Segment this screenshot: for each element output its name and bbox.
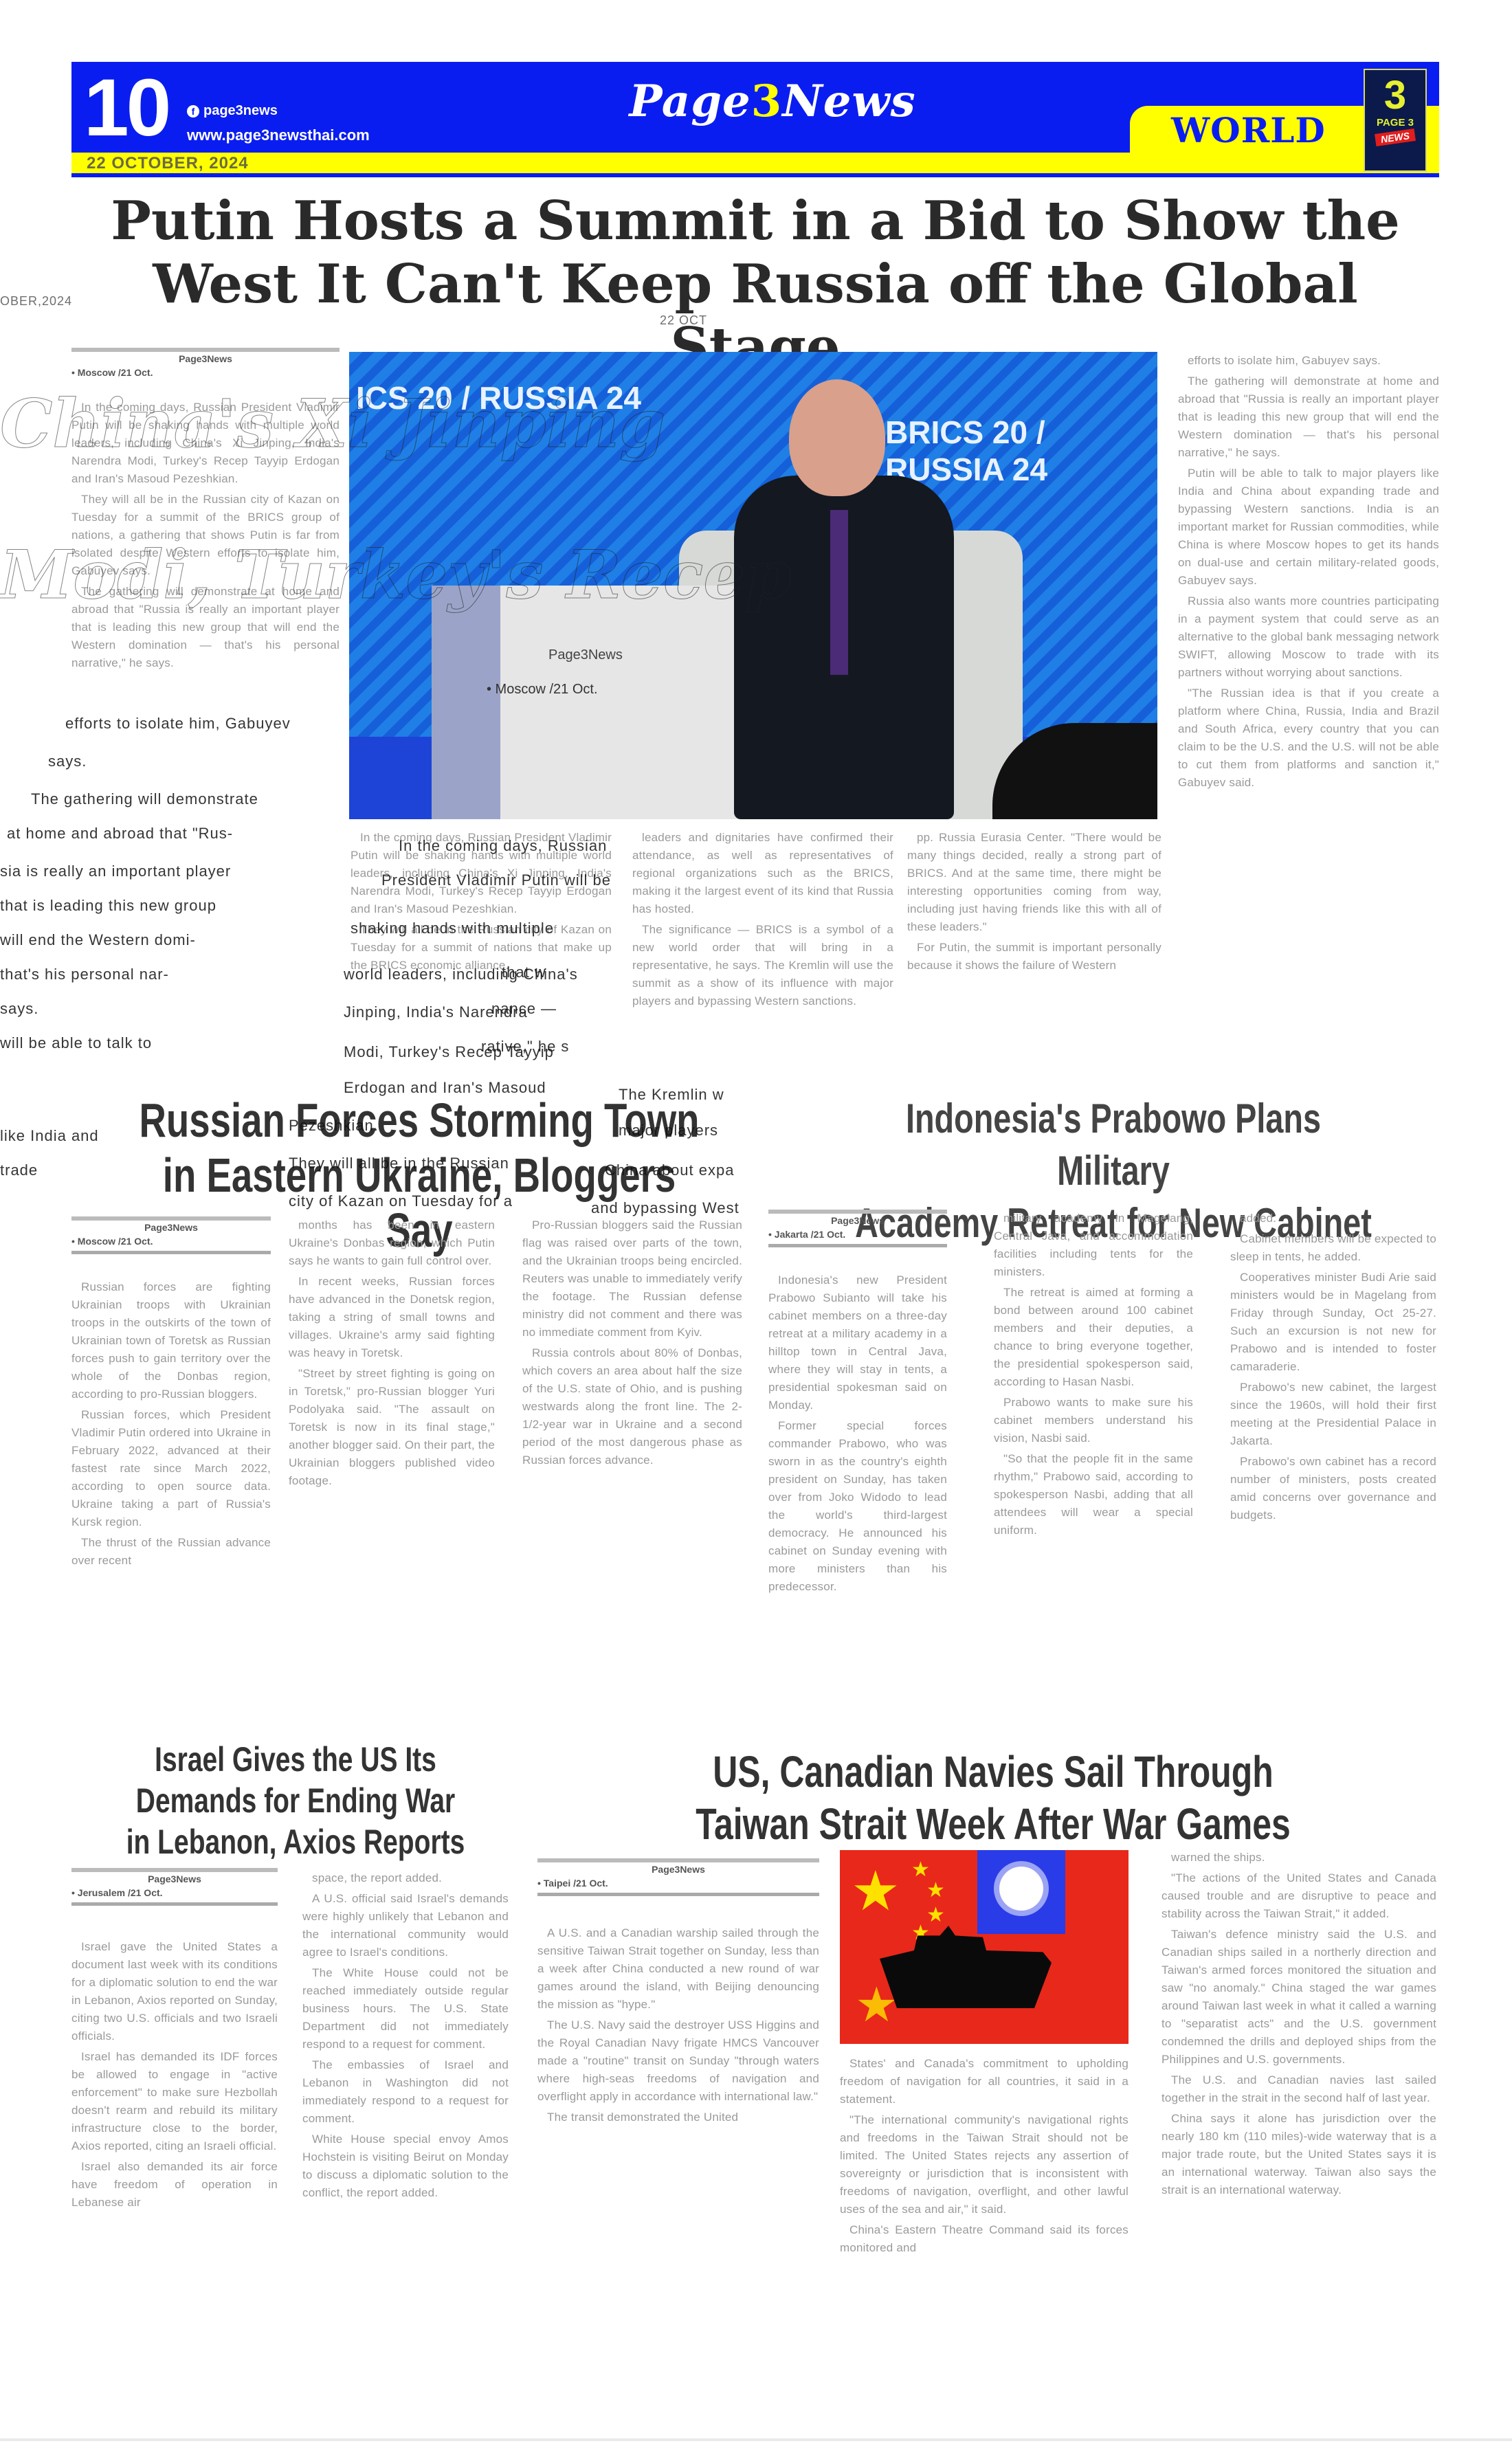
newspaper-logo[interactable]: Page3News [608,76,937,127]
lead-headline-line1: Putin Hosts a Summit in a Bid to Show th… [71,190,1439,253]
paragraph: Prabowo's new cabinet, the largest since… [1230,1379,1436,1450]
flag-star-icon: ★ [926,1880,945,1901]
ukraine-column-3: Pro-Russian bloggers said the Russian fl… [522,1216,742,1711]
indonesia-headline-line1: Indonesia's Prabowo Plans Military [845,1093,1381,1197]
paragraph: Putin will be able to talk to major play… [1178,465,1439,590]
masthead: 10 f page3news www.page3newsthai.com 22 … [71,62,1439,177]
ghost-overlay-fragment: efforts to isolate him, Gabuyev [65,715,291,733]
masthead-rule [71,173,1439,177]
paragraph: Cooperatives minister Budi Arie said min… [1230,1269,1436,1376]
facebook-label: page3news [203,103,278,119]
ukraine-byline: Page3News • Moscow /21 Oct. [71,1216,271,1254]
paragraph: military academy in Magelang, Central Ja… [994,1210,1193,1281]
ghost-overlay-fragment: rative," he s [481,1038,569,1056]
ghost-overlay-fragment: Erdogan and Iran's Masoud [344,1079,546,1097]
paragraph: added. [1230,1210,1436,1227]
flag-star-icon: ★ [911,1860,930,1880]
paragraph: For Putin, the summit is important perso… [907,939,1161,975]
byline-rule [537,1893,819,1896]
israel-column-2: space, the report added. A U.S. official… [302,1869,509,2405]
paragraph: Russia controls about 80% of Donbas, whi… [522,1344,742,1469]
ghost-overlay-fragment: They will all be in the Russian [289,1155,509,1172]
ghost-overlay-fragment: will end the Western domi- [0,931,196,949]
paragraph: The White House could not be reached imm… [302,1964,509,2054]
indonesia-column-3: added. Cabinet members will be expected … [1230,1210,1436,1718]
ghost-overlay-fragment: will be able to talk to [0,1034,152,1052]
paragraph: Taiwan's defence ministry said the U.S. … [1161,1926,1436,2069]
ghost-overlay-fragment: trade [0,1161,38,1179]
badge-page: PAGE 3 [1377,117,1414,129]
paragraph: The thrust of the Russian advance over r… [71,1534,271,1570]
putin-column-5: pp. Russia Eurasia Center. "There would … [907,829,1161,1076]
paragraph: The U.S. Navy said the destroyer USS Hig… [537,2016,819,2106]
byline-rule [71,1902,278,1906]
ghost-overlay-fragment: President Vladimir Putin will be [381,871,611,889]
paragraph: Pro-Russian bloggers said the Russian fl… [522,1216,742,1342]
ghost-overlay-heading: Modi, Turkey's Recep [0,536,791,614]
ghost-overlay-fragment: China about expa [605,1161,734,1179]
paragraph: White House special envoy Amos Hochstein… [302,2130,509,2202]
facebook-handle[interactable]: f page3news [187,103,278,119]
ghost-overlay-fragment: that is leading this new group [0,897,216,915]
date-bar [71,153,1439,173]
logo-number: 3 [751,76,783,127]
taiwan-headline-line2: Taiwan Strait Week After War Games [636,1798,1349,1850]
ghost-overlay-fragment: major players [619,1122,718,1139]
paragraph: Former special forces commander Prabowo,… [768,1417,947,1596]
paragraph: A U.S. and a Canadian warship sailed thr… [537,1924,819,2014]
byline-location: • Taipei /21 Oct. [537,1878,819,1889]
ghost-overlay-fragment: shaking hands with multiple [351,920,554,937]
putin-byline: Page3News • Moscow /21 Oct. [71,348,340,378]
paragraph: Prabowo's own cabinet has a record numbe… [1230,1453,1436,1524]
paragraph: Russia also wants more countries partici… [1178,592,1439,682]
israel-byline: Page3News • Jerusalem /21 Oct. [71,1868,278,1906]
byline-location: • Jerusalem /21 Oct. [71,1887,278,1898]
paragraph: efforts to isolate him, Gabuyev says. [1178,352,1439,370]
indonesia-byline: Page3News • Jakarta /21 Oct. [768,1210,947,1247]
israel-column-1: Israel gave the United States a document… [71,1938,278,2405]
paragraph: China says it alone has jurisdiction ove… [1161,2110,1436,2199]
paragraph: Prabowo wants to make sure his cabinet m… [994,1394,1193,1447]
byline-location: • Moscow /21 Oct. [71,1236,271,1247]
paragraph: "The international community's navigatio… [840,2111,1129,2218]
indonesia-column-2: military academy in Magelang, Central Ja… [994,1210,1193,1718]
paragraph: leaders and dignitaries have confirmed t… [632,829,893,918]
taiwan-flag-sun-icon [999,1867,1043,1911]
website-link[interactable]: www.page3newsthai.com [187,126,370,144]
ghost-overlay-fragment: that w [502,964,546,981]
ghost-overlay-fragment: In the coming days, Russian [399,837,607,855]
paragraph: A U.S. official said Israel's demands we… [302,1890,509,1961]
ghost-overlay-fragment: nance — [491,1000,557,1018]
paragraph: Israel has demanded its IDF forces be al… [71,2048,278,2155]
taiwan-column-1: A U.S. and a Canadian warship sailed thr… [537,1924,819,2378]
ghost-overlay-fragment: that's his personal nar- [0,966,169,983]
israel-headline-line2: Demands for Ending War [108,1780,483,1821]
paragraph: "Street by street fighting is going on i… [289,1365,495,1490]
paragraph: States' and Canada's commitment to uphol… [840,2055,1129,2108]
byline-location: • Jakarta /21 Oct. [768,1229,947,1240]
ghost-overlay-fragment: OBER,2024 [0,294,72,309]
page-number: 10 [84,67,168,148]
paragraph: Russian forces are fighting Ukrainian tr… [71,1278,271,1403]
israel-headline-line3: in Lebanon, Axios Reports [108,1821,483,1862]
byline-rule [71,1251,271,1254]
taiwan-headline: US, Canadian Navies Sail Through Taiwan … [636,1746,1349,1850]
ukraine-column-2: months has been in eastern Ukraine's Don… [289,1216,495,1711]
photo-overlay-source: Page3News [548,647,623,663]
logo-word-news: News [782,76,915,127]
ghost-overlay-fragment: at home and abroad that "Rus- [7,825,233,843]
flag-star-icon: ★ [851,1864,900,1919]
warship-silhouette [880,1926,1052,2008]
photo-overlay-location: • Moscow /21 Oct. [487,682,598,698]
issue-date: 22 OCTOBER, 2024 [87,154,249,173]
taiwan-column-3: warned the ships. "The actions of the Un… [1161,1849,1436,2385]
facebook-icon: f [187,105,199,118]
paragraph: space, the report added. [302,1869,509,1887]
paragraph: China's Eastern Theatre Command said its… [840,2221,1129,2257]
indonesia-column-1: Indonesia's new President Prabowo Subian… [768,1271,947,1725]
paragraph: The U.S. and Canadian navies last sailed… [1161,2071,1436,2107]
paragraph: "The actions of the United States and Ca… [1161,1869,1436,1923]
paragraph: The retreat is aimed at forming a bond b… [994,1284,1193,1391]
badge-number: 3 [1384,74,1406,117]
taiwan-column-2: States' and Canada's commitment to uphol… [840,2055,1129,2385]
page3-badge-logo: 3 PAGE 3 NEWS [1364,69,1427,172]
logo-word-page: Page [629,76,751,127]
byline-source: Page3News [768,1210,947,1226]
byline-source: Page3News [71,1868,278,1884]
ghost-overlay-fragment: The gathering will demonstrate [31,790,258,808]
china-taiwan-flags-warship-photo: ★ ★ ★ ★ ★ ★ [840,1850,1129,2044]
paragraph: Russian forces, which President Vladimir… [71,1406,271,1531]
israel-headline: Israel Gives the US Its Demands for Endi… [108,1739,483,1862]
ghost-overlay-fragment: The Kremlin w [619,1086,724,1104]
ghost-overlay-fragment: like India and [0,1127,99,1145]
taiwan-headline-line1: US, Canadian Navies Sail Through [636,1746,1349,1798]
byline-rule [768,1244,947,1247]
ghost-overlay-fragment: city of Kazan on Tuesday for a [289,1192,513,1210]
paragraph: In recent weeks, Russian forces have adv… [289,1273,495,1362]
putin-column-4: leaders and dignitaries have confirmed t… [632,829,893,1090]
paragraph: pp. Russia Eurasia Center. "There would … [907,829,1161,936]
paragraph: The significance — BRICS is a symbol of … [632,921,893,1010]
paragraph: The transit demonstrated the United [537,2108,819,2126]
byline-source: Page3News [71,1216,271,1233]
badge-news: NEWS [1375,129,1416,146]
ghost-overlay-fragment: sia is really an important player [0,863,231,880]
paragraph: The embassies of Israel and Lebanon in W… [302,2056,509,2128]
paragraph: Cabinet members will be expected to slee… [1230,1230,1436,1266]
photo-brics-logo-right: BRICS 20 / RUSSIA 24 [885,414,1157,488]
putin-column-6: efforts to isolate him, Gabuyev says. Th… [1178,352,1439,1101]
ghost-overlay-fragment: says. [48,753,87,770]
paragraph: The gathering will demonstrate at home a… [1178,372,1439,462]
ukraine-column-1: Russian forces are fighting Ukrainian tr… [71,1278,271,1718]
person-tie [830,510,848,675]
byline-source: Page3News [71,348,340,364]
byline-location: • Moscow /21 Oct. [71,367,340,378]
section-label: WORLD [1171,110,1326,151]
paragraph: warned the ships. [1161,1849,1436,1867]
person-head [789,379,885,496]
byline-source: Page3News [537,1858,819,1875]
podium [432,586,755,819]
paragraph: months has been in eastern Ukraine's Don… [289,1216,495,1270]
ghost-overlay-fragment: Pezeshkian. [289,1117,379,1135]
paragraph: Indonesia's new President Prabowo Subian… [768,1271,947,1414]
paragraph: "So that the people fit in the same rhyt… [994,1450,1193,1539]
paragraph: "The Russian idea is that if you create … [1178,685,1439,792]
ghost-overlay-heading: China's Xi Jinping [0,385,665,463]
israel-headline-line1: Israel Gives the US Its [108,1739,483,1780]
ghost-overlay-fragment: 22 OCT [660,313,707,328]
ghost-overlay-fragment: and bypassing West [591,1199,740,1217]
paragraph: Israel gave the United States a document… [71,1938,278,2045]
taiwan-byline: Page3News • Taipei /21 Oct. [537,1858,819,1896]
ghost-overlay-fragment: says. [0,1000,38,1018]
paragraph: Israel also demanded its air force have … [71,2158,278,2212]
page-bottom-rule [0,2438,1512,2441]
